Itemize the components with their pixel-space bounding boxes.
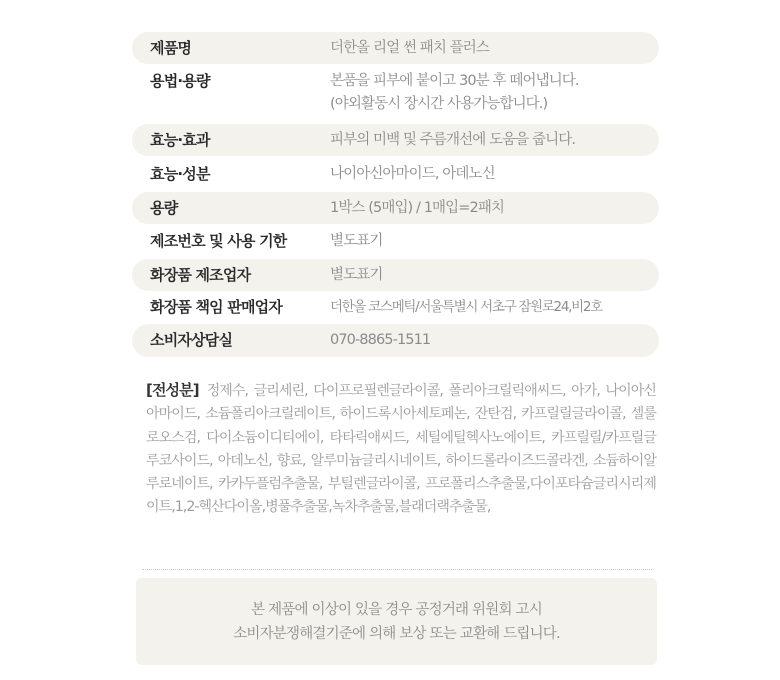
ingredients-text: 정제수, 글리세린, 다이프로필렌글라이콜, 폴리아크릴릭애씨드, 아가, 나이…: [146, 383, 656, 515]
notice-line-1: 본 제품에 이상이 있을 경우 공정거래 위원회 고시: [251, 598, 542, 622]
info-value: 1박스 (5매입) / 1매입=2패치: [330, 197, 659, 220]
info-value: 나이아신아마이드, 아데노신: [330, 163, 659, 186]
info-row-customer-service: 소비자상담실 070-8865-1511: [132, 324, 659, 357]
info-label: 소비자상담실: [150, 329, 330, 350]
product-info-table: 제품명 더한올 리얼 썬 패치 플러스 용법·용량 본품을 피부에 붙이고 30…: [132, 32, 659, 357]
info-label: 제품명: [150, 37, 330, 58]
info-value: 본품을 피부에 붙이고 30분 후 떼어냅니다. (야외활동시 장시간 사용가능…: [330, 70, 659, 116]
info-row-efficacy: 효능·효과 피부의 미백 및 주름개선에 도움을 줍니다.: [132, 124, 659, 156]
ingredients-list: [전성분]정제수, 글리세린, 다이프로필렌글라이콜, 폴리아크릴릭애씨드, 아…: [146, 379, 656, 520]
info-label: 화장품 책임 판매업자: [150, 296, 330, 317]
info-row-usage: 용법·용량 본품을 피부에 붙이고 30분 후 떼어냅니다. (야외활동시 장시…: [132, 64, 659, 124]
ingredients-title: [전성분]: [146, 381, 199, 399]
info-value: 별도표기: [330, 230, 659, 253]
info-label: 제조번호 및 사용 기한: [150, 230, 330, 251]
info-value-line: (야외활동시 장시간 사용가능합니다.): [330, 93, 659, 116]
info-label: 효능·성분: [150, 163, 330, 184]
info-row-product-name: 제품명 더한올 리얼 썬 패치 플러스: [132, 32, 659, 64]
info-row-distributor: 화장품 책임 판매업자 더한올 코스메틱/서울특별시 서초구 잠원로24,비2호: [132, 291, 659, 324]
dotted-divider: [142, 569, 652, 570]
info-value: 더한올 리얼 썬 패치 플러스: [330, 37, 659, 60]
notice-line-2: 소비자분쟁해결기준에 의해 보상 또는 교환해 드립니다.: [233, 622, 560, 646]
info-label: 효능·효과: [150, 129, 330, 150]
info-label: 화장품 제조업자: [150, 264, 330, 285]
info-row-manufacturer: 화장품 제조업자 별도표기: [132, 259, 659, 291]
info-label: 용량: [150, 197, 330, 218]
info-value: 피부의 미백 및 주름개선에 도움을 줍니다.: [330, 129, 659, 152]
info-value: 별도표기: [330, 264, 659, 287]
notice-box: 본 제품에 이상이 있을 경우 공정거래 위원회 고시 소비자분쟁해결기준에 의…: [136, 578, 657, 665]
info-label: 용법·용량: [150, 70, 330, 91]
info-row-active-ingredients: 효능·성분 나이아신아마이드, 아데노신: [132, 156, 659, 192]
product-info-page: 제품명 더한올 리얼 썬 패치 플러스 용법·용량 본품을 피부에 붙이고 30…: [0, 0, 780, 680]
info-value-line: 본품을 피부에 붙이고 30분 후 떼어냅니다.: [330, 70, 659, 93]
info-value: 070-8865-1511: [330, 329, 659, 352]
info-value: 더한올 코스메틱/서울특별시 서초구 잠원로24,비2호: [330, 296, 659, 319]
info-row-lot-expiry: 제조번호 및 사용 기한 별도표기: [132, 224, 659, 259]
info-row-capacity: 용량 1박스 (5매입) / 1매입=2패치: [132, 192, 659, 224]
